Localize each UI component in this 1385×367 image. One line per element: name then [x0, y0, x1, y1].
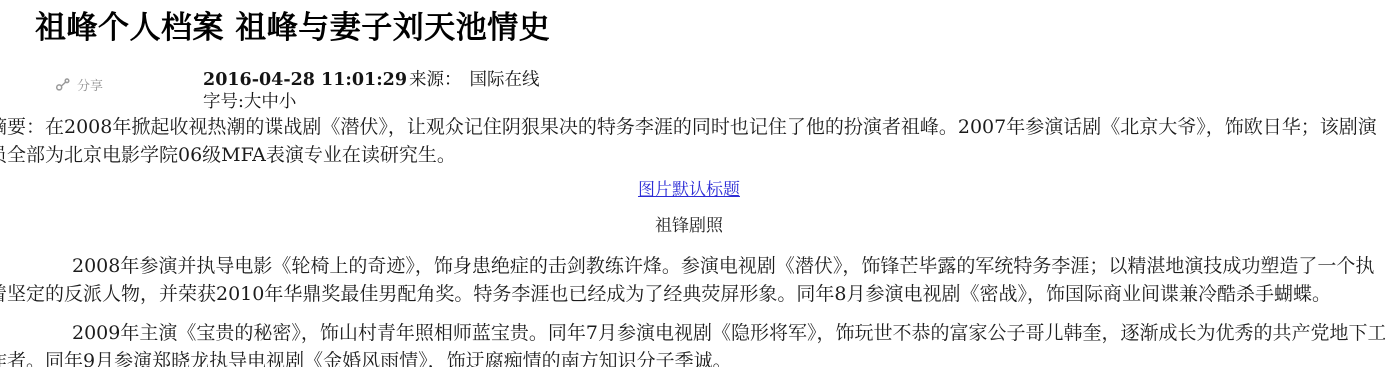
- article-page: 祖峰个人档案 祖峰与妻子刘天池情史 分享 2016-04-28 11:01:29…: [0, 8, 1385, 367]
- share-icon: [55, 77, 72, 92]
- fontsize-control: 字号:大中小: [203, 92, 540, 113]
- fontsize-option-small[interactable]: 小: [279, 92, 297, 112]
- article-body: 摘要：在2008年掀起收视热潮的谍战剧《潜伏》，让观众记住阴狠果决的特务李涯的同…: [0, 114, 1385, 367]
- fontsize-option-large[interactable]: 大: [244, 92, 262, 112]
- image-link-row: 图片默认标题: [0, 179, 1385, 201]
- source-name: 国际在线: [470, 70, 540, 90]
- share-label: 分享: [77, 75, 103, 94]
- meta-info: 2016-04-28 11:01:29来源：国际在线 字号:大中小: [203, 70, 540, 113]
- publish-info: 2016-04-28 11:01:29来源：国际在线: [203, 70, 540, 91]
- fontsize-label: 字号:: [203, 92, 244, 112]
- publish-datetime: 2016-04-28 11:01:29: [203, 70, 407, 90]
- source-label: 来源：: [409, 70, 462, 90]
- article-paragraph: 2009年主演《宝贵的秘密》，饰山村青年照相师蓝宝贵。同年7月参演电视剧《隐形将…: [0, 320, 1385, 367]
- fontsize-option-medium[interactable]: 中: [261, 92, 279, 112]
- article-title: 祖峰个人档案 祖峰与妻子刘天池情史: [35, 8, 1385, 48]
- meta-row: 分享 2016-04-28 11:01:29来源：国际在线 字号:大中小: [55, 70, 1385, 112]
- article-summary: 摘要：在2008年掀起收视热潮的谍战剧《潜伏》，让观众记住阴狠果决的特务李涯的同…: [0, 114, 1385, 169]
- image-default-title-link[interactable]: 图片默认标题: [638, 180, 740, 200]
- article-paragraph: 2008年参演并执导电影《轮椅上的奇迹》，饰身患绝症的击剑教练许烽。参演电视剧《…: [0, 253, 1385, 308]
- share-button[interactable]: 分享: [55, 75, 103, 94]
- image-caption: 祖锋剧照: [0, 215, 1385, 238]
